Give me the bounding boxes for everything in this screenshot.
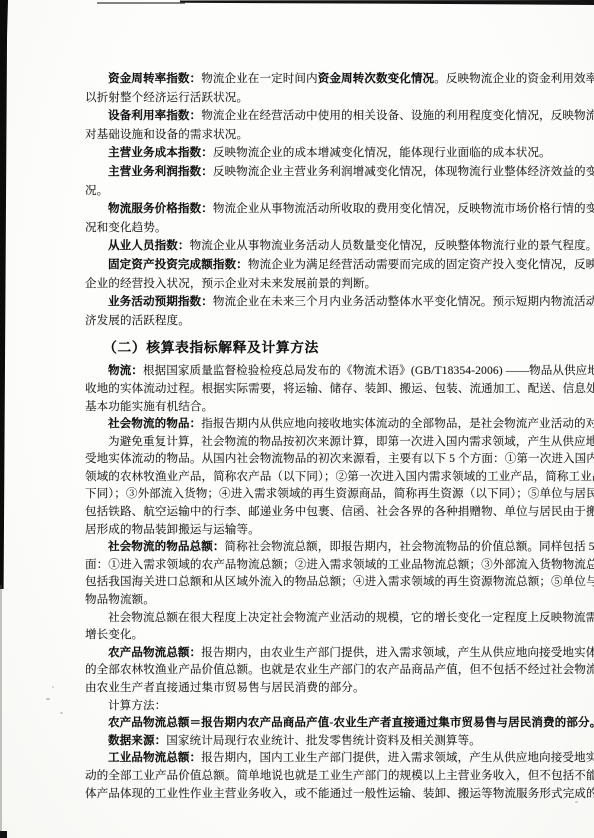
text-line: 社会物流的物品：指报告期内从供应地向接收地实体流动的全部物品，是社会物流产业活动… [85, 416, 587, 434]
text-line: 企业的经营投入状况，预示企业对未来发展前景的判断。 [85, 275, 587, 294]
text-line: 资金周转率指数：物流企业在一定时间内资金周转次数变化情况。反映物流企业的资金利用… [85, 70, 587, 89]
text-segment: 物流企业为满足经营活动需要而完成的固定资产投入变化情况，反映当期 [248, 259, 594, 271]
text-line: 由农业生产者直接通过集市贸易售与居民消费的部分。 [85, 680, 587, 698]
text-line: 社会物流总额在很大程度上决定社会物流产业活动的规模，它的增长变化一定程度上反映物… [85, 610, 587, 628]
text-segment: 增长变化。 [85, 629, 143, 641]
text-segment: 物流企业在一定时间内 [201, 73, 318, 85]
text-segment: 包括铁路、航空运输中的行李、邮递业务中包裹、信函、社会各界的各种捐赠物、单位与居… [85, 506, 594, 518]
scan-speck [52, 686, 54, 688]
text-segment: 况。 [85, 185, 108, 197]
text-segment: 企业的经营投入状况，预示企业对未来发展前景的判断。 [85, 278, 376, 290]
text-line: 的全部农林牧渔业产品价值总额。也就是农业生产部门的农产品商品产值，但不包括不经过… [85, 662, 587, 680]
text-segment: 反映物流企业主营业务利润增减变化情况，体现物流行业整体经济效益的变动状 [213, 166, 594, 178]
bold-term: 固定资产投资完成额指数： [108, 259, 248, 271]
text-line: 农产品物流总额＝报告期内农产品商品产值-农业生产者直接通过集市贸易售与居民消费的… [85, 715, 587, 733]
text-line: 面：①进入需求领域的农产品物流总额；②进入需求领域的工业品物流总额；③外部流入货… [85, 557, 587, 575]
bold-term: 从业人员指数： [108, 240, 190, 252]
bold-term: 设备利用率指数： [108, 110, 201, 122]
text-line: 物流：根据国家质量监督检验检疫总局发布的《物流术语》(GB/T18354-200… [85, 363, 587, 381]
section-heading: （二）核算表指标解释及计算方法 [85, 338, 587, 358]
bold-term: 工业品物流总额： [108, 752, 201, 764]
text-line: 包括铁路、航空运输中的行李、邮递业务中包裹、信函、社会各界的各种捐赠物、单位与居… [85, 504, 587, 522]
text-segment: 报告期内，由农业生产部门提供，进入需求领域，产生从供应地向接受地实体流动 [201, 647, 594, 659]
text-line: 设备利用率指数：物流企业在经营活动中使用的相关设备、设施的利用程度变化情况，反映… [85, 107, 587, 126]
text-line: 下同）；③外部流入货物；④进入需求领域的再生资源商品，简称再生资源（以下同）；⑤… [85, 486, 587, 504]
text-segment: 物流企业从事物流活动所收取的费用变化情况，反映物流市场价格行情的变动状 [213, 203, 594, 215]
text-segment: 计算方法： [108, 700, 166, 712]
document-page: 资金周转率指数：物流企业在一定时间内资金周转次数变化情况。反映物流企业的资金利用… [0, 0, 594, 838]
text-segment: 反映物流企业的成本增减变化情况，能体现行业面临的成本状况。 [213, 147, 551, 159]
text-segment: 国家统计局现行农业统计、批发零售统计资料及相关测算等。 [166, 735, 481, 747]
bold-term: 物流服务价格指数： [108, 203, 213, 215]
text-segment: 物流企业从事物流业务活动人员数量变化情况，反映整体物流行业的景气程度。 [190, 240, 594, 252]
text-segment: 对基础设施和设备的需求状况。 [85, 129, 248, 141]
text-line: 主营业务成本指数：反映物流企业的成本增减变化情况，能体现行业面临的成本状况。 [85, 144, 587, 163]
text-line: 以折射整个经济运行活跃状况。 [85, 89, 587, 108]
text-segment: 基本功能实施有机结合。 [85, 401, 213, 413]
text-line: 领域的农林牧渔业产品，简称农产品（以下同）；②第一次进入国内需求领域的工业产品，… [85, 469, 587, 487]
text-segment: 收地的实体流动过程。根据实际需要，将运输、储存、装卸、搬运、包装、流通加工、配送… [85, 383, 594, 395]
scan-speck [46, 698, 50, 700]
text-line: 济发展的活跃程度。 [85, 312, 587, 331]
bold-term: 资金周转次数变化情况 [318, 73, 435, 85]
text-segment: 下同）；③外部流入货物；④进入需求领域的再生资源商品，简称再生资源（以下同）；⑤… [85, 488, 594, 500]
bold-term: 农产品物流总额： [108, 647, 201, 659]
text-segment: 社会物流总额在很大程度上决定社会物流产业活动的规模，它的增长变化一定程度上反映物… [108, 612, 594, 624]
text-line: 农产品物流总额：报告期内，由农业生产部门提供，进入需求领域，产生从供应地向接受地… [85, 645, 587, 663]
text-segment: 。反映物流企业的资金利用效率，可 [434, 73, 594, 85]
text-segment: 济发展的活跃程度。 [85, 315, 190, 327]
text-segment: 报告期内，国内工业生产部门提供，进入需求领域，产生从供应地向接受地实体流 [201, 752, 594, 764]
text-line: 社会物流的物品总额：简称社会物流总额，即报告期内，社会物流物品的价值总额。同样包… [85, 539, 587, 557]
text-line: 包括我国海关进口总额和从区域外流入的物品总额；④进入需求领域的再生资源物流总额；… [85, 574, 587, 592]
text-line: 主营业务利润指数：反映物流企业主营业务利润增减变化情况，体现物流行业整体经济效益… [85, 163, 587, 182]
bold-term: 社会物流的物品总额： [108, 541, 225, 553]
text-segment: 物品物流额。 [85, 594, 155, 606]
text-line: 业务活动预期指数：物流企业在未来三个月内业务活动整体水平变化情况。预示短期内物流… [85, 293, 587, 312]
accounting-indicator-explanations-section: 物流：根据国家质量监督检验检疫总局发布的《物流术语》(GB/T18354-200… [85, 363, 587, 803]
text-line: 况。 [85, 182, 587, 201]
text-line: 对基础设施和设备的需求状况。 [85, 126, 587, 145]
text-line: 计算方法： [85, 698, 587, 716]
bold-term: 资金周转率指数： [108, 73, 201, 85]
bold-term: 农产品物流总额＝报告期内农产品商品产值-农业生产者直接通过集市贸易售与居民消费的… [108, 717, 594, 729]
text-segment: 居形成的物品装卸搬运与运输等。 [85, 524, 260, 536]
text-segment: 受地实体流动的物品。从国内社会物流物品的初次来源看，主要有以下 5 个方面：①第… [85, 453, 594, 465]
bold-term: 业务活动预期指数： [108, 296, 213, 308]
text-line: 固定资产投资完成额指数：物流企业为满足经营活动需要而完成的固定资产投入变化情况，… [85, 256, 587, 275]
text-line: 况和变化趋势。 [85, 219, 587, 238]
text-line: 工业品物流总额：报告期内，国内工业生产部门提供，进入需求领域，产生从供应地向接受… [85, 750, 587, 768]
text-line: 物品物流额。 [85, 592, 587, 610]
text-line: 为避免重复计算，社会物流的物品按初次来源计算，即第一次进入国内需求领域，产生从供… [85, 434, 587, 452]
text-segment: 领域的农林牧渔业产品，简称农产品（以下同）；②第一次进入国内需求领域的工业产品，… [85, 471, 594, 483]
text-segment: 面：①进入需求领域的农产品物流总额；②进入需求领域的工业品物流总额；③外部流入货… [85, 559, 594, 571]
text-segment: 的全部农林牧渔业产品价值总额。也就是农业生产部门的农产品商品产值，但不包括不经过… [85, 664, 594, 676]
text-segment: 况和变化趋势。 [85, 222, 167, 234]
text-line: 物流服务价格指数：物流企业从事物流活动所收取的费用变化情况，反映物流市场价格行情… [85, 200, 587, 219]
text-segment: 动的全部工业产品价值总额。简单地说也就是工业生产部门的规模以上主营业务收入，但不… [85, 770, 594, 782]
scan-artifact-left-edge-faint [0, 585, 2, 838]
text-segment: 根据国家质量监督检验检疫总局发布的《物流术语》(GB/T18354-2006) … [143, 365, 594, 377]
text-line: 增长变化。 [85, 627, 587, 645]
text-segment: 物流企业在经营活动中使用的相关设备、设施的利用程度变化情况，反映物流活动 [201, 110, 594, 122]
text-line: 居形成的物品装卸搬运与运输等。 [85, 522, 587, 540]
text-line: 动的全部工业产品价值总额。简单地说也就是工业生产部门的规模以上主营业务收入，但不… [85, 768, 587, 786]
text-segment: 体产品体现的工业性作业主营业务收入，或不能通过一般性运输、装卸、搬运等物流服务形… [85, 788, 594, 800]
text-line: 体产品体现的工业性作业主营业务收入，或不能通过一般性运输、装卸、搬运等物流服务形… [85, 786, 587, 804]
scan-speck [60, 712, 63, 714]
text-segment: 以折射整个经济运行活跃状况。 [85, 92, 248, 104]
text-segment: 包括我国海关进口总额和从区域外流入的物品总额；④进入需求领域的再生资源物流总额；… [85, 576, 594, 588]
text-segment: 由农业生产者直接通过集市贸易售与居民消费的部分。 [85, 682, 365, 694]
text-segment: 指报告期内从供应地向接收地实体流动的全部物品，是社会物流产业活动的对象。 [201, 418, 594, 430]
bold-term: 主营业务利润指数： [108, 166, 213, 178]
scan-artifact-top-edge [180, 0, 594, 5]
text-line: 收地的实体流动过程。根据实际需要，将运输、储存、装卸、搬运、包装、流通加工、配送… [85, 381, 587, 399]
text-line: 数据来源：国家统计局现行农业统计、批发零售统计资料及相关测算等。 [85, 733, 587, 751]
document-body: 资金周转率指数：物流企业在一定时间内资金周转次数变化情况。反映物流企业的资金利用… [85, 70, 587, 803]
indicator-definitions-section: 资金周转率指数：物流企业在一定时间内资金周转次数变化情况。反映物流企业的资金利用… [85, 70, 587, 330]
bold-term: 物流： [108, 365, 143, 377]
text-line: 从业人员指数：物流企业从事物流业务活动人员数量变化情况，反映整体物流行业的景气程… [85, 237, 587, 256]
scan-artifact-corner-mark [0, 831, 7, 838]
text-segment: 物流企业在未来三个月内业务活动整体水平变化情况。预示短期内物流活动与经 [213, 296, 594, 308]
text-line: 基本功能实施有机结合。 [85, 399, 587, 417]
text-segment: 为避免重复计算，社会物流的物品按初次来源计算，即第一次进入国内需求领域，产生从供… [108, 436, 594, 448]
bold-term: 社会物流的物品： [108, 418, 201, 430]
text-line: 受地实体流动的物品。从国内社会物流物品的初次来源看，主要有以下 5 个方面：①第… [85, 451, 587, 469]
bold-term: 主营业务成本指数： [108, 147, 213, 159]
scan-artifact-top-edge-thin [97, 2, 185, 4]
text-segment: 简称社会物流总额，即报告期内，社会物流物品的价值总额。同样包括 5 个方 [225, 541, 594, 553]
scan-artifact-left-edge [0, 0, 8, 589]
bold-term: 数据来源： [108, 735, 166, 747]
